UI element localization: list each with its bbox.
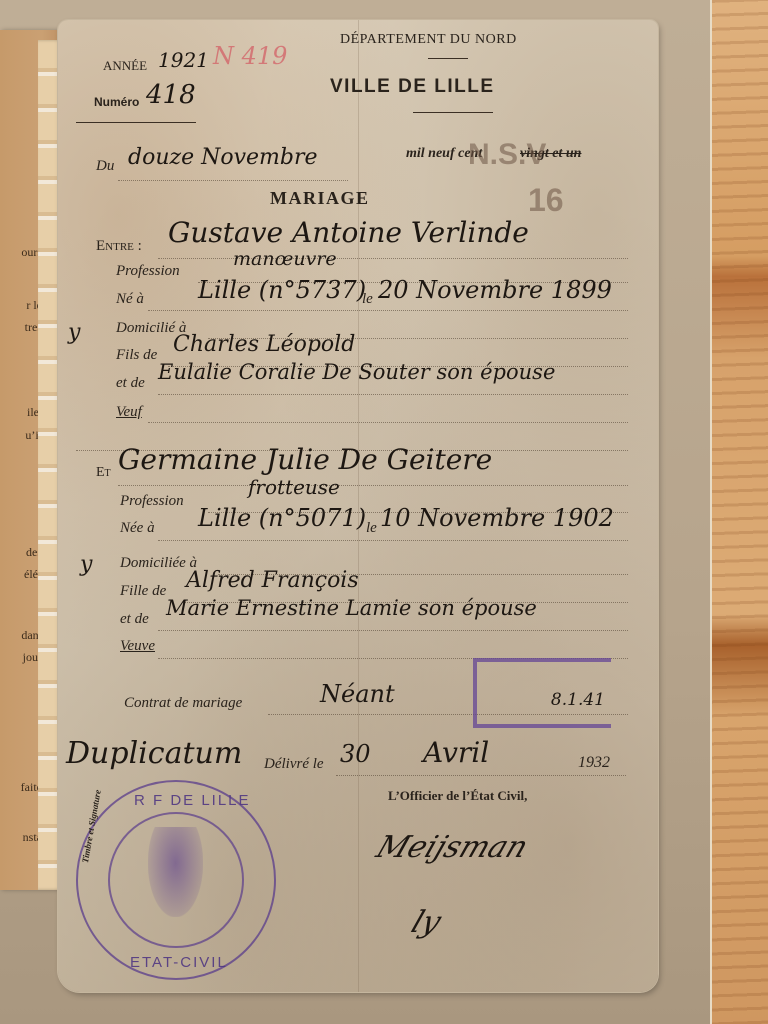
bride-father-label: Fille de — [120, 583, 166, 600]
red-annotation: N 419 — [213, 42, 287, 70]
document-title: MARIAGE — [270, 188, 370, 209]
delivered-month: Avril — [423, 736, 489, 769]
bride-profession-label: Profession — [120, 493, 184, 510]
bride-born-on-label: le — [366, 520, 377, 537]
numero-value: 418 — [146, 80, 196, 110]
city-heading: VILLE DE LILLE — [330, 76, 495, 98]
bride-birth-date: 10 Novembre 1902 — [380, 504, 614, 532]
bride-birthplace: Lille (n°5071) — [198, 504, 366, 532]
city-hall-seal: R F DE LILLE ETAT-CIVIL Timbre et Signat… — [76, 780, 276, 980]
bride-mother: Marie Ernestine Lamie son épouse — [166, 596, 537, 620]
wooden-table-background — [708, 0, 768, 1024]
fill-line — [118, 180, 348, 181]
groom-profession-label: Profession — [116, 263, 180, 280]
numero-label: Numéro — [94, 95, 139, 109]
groom-father-label: Fils de — [116, 347, 157, 364]
annee-label: ANNÉE — [103, 58, 147, 74]
duplicatum-annotation: Duplicatum — [66, 736, 242, 771]
et-label: Et — [96, 465, 111, 481]
seal-bottom-text: ETAT-CIVIL — [130, 954, 228, 971]
officer-signature: Meijsman — [372, 830, 533, 865]
bride-father: Alfred François — [186, 568, 359, 593]
delivered-year: 1932 — [578, 754, 610, 772]
fill-line — [158, 258, 628, 259]
officer-initials: ly — [407, 905, 446, 940]
seal-side-text: Timbre et Signature — [80, 789, 103, 864]
groom-born-on-label: le — [362, 291, 373, 308]
department-heading: DÉPARTEMENT DU NORD — [340, 32, 517, 48]
fill-line — [148, 422, 628, 423]
officer-label: L’Officier de l’État Civil, — [388, 788, 527, 804]
fill-line — [158, 630, 628, 631]
stamp-code: 8.1.41 — [551, 690, 605, 710]
groom-profession: manœuvre — [233, 248, 337, 270]
header-rule — [413, 112, 493, 113]
fill-line — [158, 394, 628, 395]
delivered-label: Délivré le — [264, 756, 324, 773]
header-rule — [428, 58, 468, 59]
bride-born-label: Née à — [120, 520, 155, 537]
seal-top-text: R F DE LILLE — [134, 792, 251, 809]
stamp-number: 16 — [528, 182, 564, 219]
margin-mark: y — [80, 552, 92, 577]
margin-mark: y — [68, 320, 80, 345]
groom-status: Veuf — [116, 404, 142, 421]
bride-name: Germaine Julie De Geitere — [118, 443, 492, 476]
annee-value: 1921 — [158, 48, 209, 72]
header-rule — [76, 122, 196, 123]
fill-line — [148, 310, 628, 311]
fill-line — [118, 485, 628, 486]
fill-line — [336, 775, 626, 776]
groom-mother-label: et de — [116, 375, 145, 392]
contract-label: Contrat de mariage — [124, 695, 242, 712]
marianne-figure-icon — [148, 827, 203, 917]
marriage-certificate-page: ANNÉE 1921 N 419 Numéro 418 DÉPARTEMENT … — [58, 20, 658, 992]
entre-label: Entre : — [96, 238, 142, 255]
groom-father: Charles Léopold — [173, 332, 355, 357]
groom-birth-date: 20 Novembre 1899 — [378, 276, 612, 304]
nsv-stamp: N.S.V — [468, 138, 546, 172]
groom-mother: Eulalie Coralie De Souter son épouse — [158, 360, 555, 384]
groom-born-label: Né à — [116, 291, 144, 308]
purple-administrative-stamp: 8.1.41 — [473, 658, 611, 728]
groom-name: Gustave Antoine Verlinde — [168, 216, 529, 249]
groom-birthplace: Lille (n°5737) — [198, 276, 366, 304]
contract-value: Néant — [320, 680, 395, 708]
delivered-day: 30 — [340, 740, 371, 768]
date-day-month: douze Novembre — [128, 145, 318, 170]
fill-line — [158, 540, 628, 541]
bride-status: Veuve — [120, 638, 155, 655]
du-label: Du — [96, 158, 114, 175]
bride-profession: frotteuse — [248, 475, 340, 499]
bride-mother-label: et de — [120, 611, 149, 628]
